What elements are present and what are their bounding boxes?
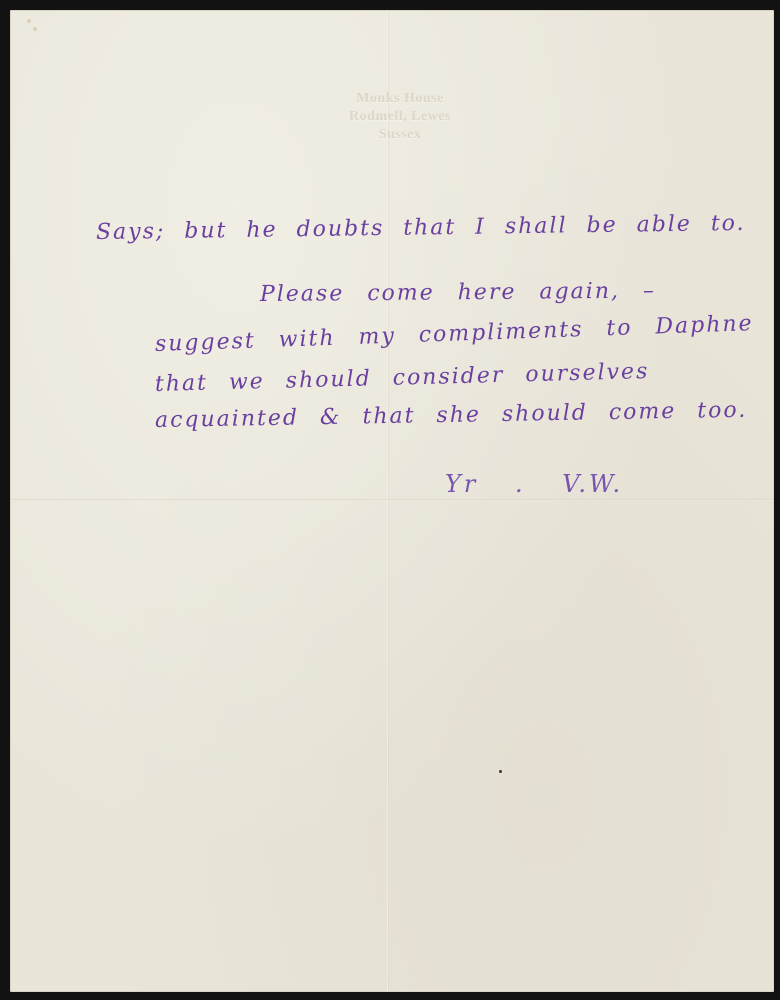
horizontal-fold-line: [10, 499, 774, 501]
foxing-spot: [33, 27, 37, 31]
paper-speck: [499, 770, 502, 773]
embossed-letterhead: Monks House Rodmell, Lewes Sussex: [300, 90, 500, 144]
letterhead-line-2: Rodmell, Lewes: [300, 108, 500, 126]
letter-line-1: Says; but he doubts that I shall be able…: [96, 211, 746, 245]
vertical-fold-line: [387, 10, 389, 992]
letter-line-2: Please come here again, –: [260, 279, 656, 307]
letter-sheet: Monks House Rodmell, Lewes Sussex Says; …: [10, 10, 774, 992]
foxing-spot: [27, 19, 31, 23]
letterhead-line-3: Sussex: [300, 126, 500, 144]
signature: Yr . V.W.: [445, 470, 623, 498]
letterhead-line-1: Monks House: [300, 90, 500, 108]
letter-line-3: suggest with my compliments to Daphne: [155, 311, 754, 357]
letter-line-5: acquainted & that she should come too.: [155, 398, 748, 433]
letter-line-4: that we should consider ourselves: [155, 359, 650, 397]
